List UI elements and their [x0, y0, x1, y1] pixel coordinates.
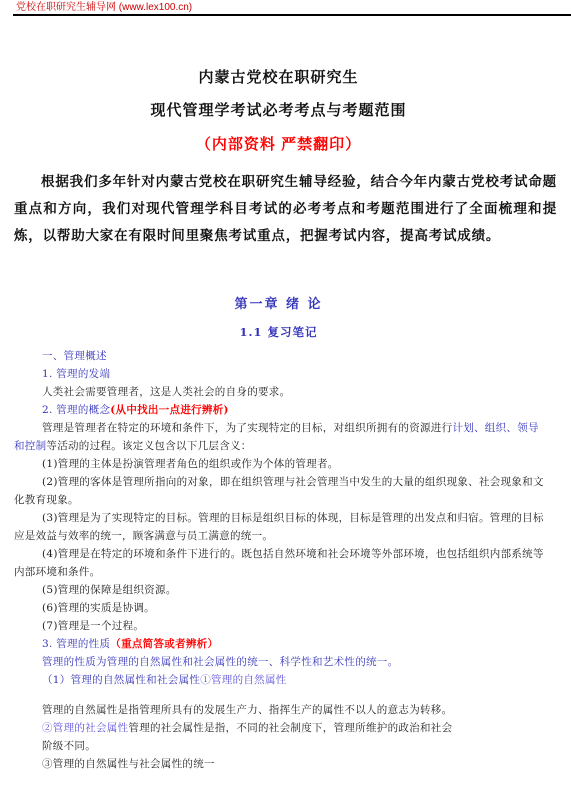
text-run: 和控制 [14, 440, 46, 452]
text-run: （重点简答或者辨析） [110, 638, 218, 650]
text-run: 化教育现象。 [14, 494, 79, 506]
body-line: (2)管理的客体是管理所指向的对象，即在组织管理与社会管理当中发生的大量的组织现… [14, 473, 569, 491]
document-title-line2: 现代管理学考试必考考点与考题范围 [14, 99, 543, 120]
document-title-line1: 内蒙古党校在职研究生 [14, 66, 543, 87]
site-header-link[interactable]: 党校在职研究生辅导网 (www.lex100.cn) [16, 2, 192, 13]
text-run: ③管理的自然属性与社会属性的统一 [42, 758, 215, 770]
text-run: 阶级不同。 [42, 740, 96, 752]
text-run: (1)管理的主体是扮演管理者角色的组织或作为个体的管理者。 [42, 458, 339, 470]
body-line: 阶级不同。 [14, 737, 569, 755]
text-run: 应是效益与效率的统一，顾客满意与员工满意的统一。 [14, 530, 273, 542]
text-run: 管理的自然属性是指管理所具有的发展生产力、指挥生产的属性不以人的意志为转移。 [42, 704, 452, 716]
text-run: 管理的社会属性是指，不同的社会制度下，管理所维护的政治和社会 [128, 722, 452, 734]
text-run: 管理是管理者在特定的环境和条件下，为了实现特定的目标，对组织所拥有的资源进行 [42, 422, 452, 434]
text-run: 计划、组织、领导 [452, 422, 538, 434]
document-page: 党校在职研究生辅导网 (www.lex100.cn) 内蒙古党校在职研究生 现代… [0, 0, 571, 804]
text-run: 一、管理概述 [42, 350, 107, 362]
section-heading: 1.1 复习笔记 [14, 324, 543, 340]
site-header: 党校在职研究生辅导网 (www.lex100.cn) [16, 2, 561, 14]
text-run: 内部环境和条件。 [14, 566, 100, 578]
text-run: (3)管理是为了实现特定的目标。管理的目标是组织目标的体现，目标是管理的出发点和… [42, 512, 544, 524]
text-run: ②管理的社会属性 [42, 722, 128, 734]
text-run: (6)管理的实质是协调。 [42, 602, 155, 614]
body-line: (5)管理的保障是组织资源。 [14, 581, 569, 599]
body-line: （1）管理的自然属性和社会属性①管理的自然属性 [14, 671, 569, 689]
body-line: 内部环境和条件。 [14, 563, 569, 581]
chapter-heading: 第一章 绪 论 [14, 293, 543, 312]
body-line: 应是效益与效率的统一，顾客满意与员工满意的统一。 [14, 527, 569, 545]
body-line: 人类社会需要管理者，这是人类社会的自身的要求。 [14, 383, 569, 401]
text-run: 管理的性质为管理的自然属性和社会属性的统一、科学性和艺术性的统一。 [42, 656, 398, 668]
text-run: (从中找出一点进行辨析) [110, 404, 229, 416]
intro-paragraph: 根据我们多年针对内蒙古党校在职研究生辅导经验，结合今年内蒙古党校考试命题重点和方… [14, 168, 557, 249]
body-line: ③管理的自然属性与社会属性的统一 [14, 755, 569, 773]
text-run: (7)管理是一个过程。 [42, 620, 144, 632]
text-run: (4)管理是在特定的环境和条件下进行的。既包括自然环境和社会环境等外部环境，也包… [42, 548, 544, 560]
body-line: 和控制等活动的过程。该定义包含以下几层含义： [14, 437, 569, 455]
body-line: ②管理的社会属性管理的社会属性是指，不同的社会制度下，管理所维护的政治和社会 [14, 719, 569, 737]
body-line: 2. 管理的概念(从中找出一点进行辨析) [14, 401, 569, 419]
text-run: (5)管理的保障是组织资源。 [42, 584, 177, 596]
text-run: （1）管理的自然属性和社会属性 [42, 674, 200, 686]
body-line: (7)管理是一个过程。 [14, 617, 569, 635]
text-run: (2)管理的客体是管理所指向的对象，即在组织管理与社会管理当中发生的大量的组织现… [42, 476, 544, 488]
text-run: 等活动的过程。该定义包含以下几层含义： [46, 440, 251, 452]
body-line: (1)管理的主体是扮演管理者角色的组织或作为个体的管理者。 [14, 455, 569, 473]
body-line: 3. 管理的性质（重点简答或者辨析） [14, 635, 569, 653]
body-line: 管理的性质为管理的自然属性和社会属性的统一、科学性和艺术性的统一。 [14, 653, 569, 671]
text-run: ①管理的自然属性 [200, 674, 286, 686]
blank-line [14, 689, 569, 701]
header-divider [13, 14, 571, 16]
body-line: 管理的自然属性是指管理所具有的发展生产力、指挥生产的属性不以人的意志为转移。 [14, 701, 569, 719]
body-line: 1. 管理的发端 [14, 365, 569, 383]
text-run: 2. 管理的概念 [42, 404, 110, 416]
body-line: (4)管理是在特定的环境和条件下进行的。既包括自然环境和社会环境等外部环境，也包… [14, 545, 569, 563]
body-line: 一、管理概述 [14, 347, 569, 365]
body-line: 化教育现象。 [14, 491, 569, 509]
document-body: 一、管理概述1. 管理的发端人类社会需要管理者，这是人类社会的自身的要求。2. … [14, 347, 569, 773]
text-run: 3. 管理的性质 [42, 638, 110, 650]
body-line: (6)管理的实质是协调。 [14, 599, 569, 617]
text-run: 人类社会需要管理者，这是人类社会的自身的要求。 [42, 386, 290, 398]
confidential-notice: （内部资料 严禁翻印） [14, 133, 543, 154]
body-line: 管理是管理者在特定的环境和条件下，为了实现特定的目标，对组织所拥有的资源进行计划… [14, 419, 569, 437]
body-line: (3)管理是为了实现特定的目标。管理的目标是组织目标的体现，目标是管理的出发点和… [14, 509, 569, 527]
text-run: 1. 管理的发端 [42, 368, 110, 380]
